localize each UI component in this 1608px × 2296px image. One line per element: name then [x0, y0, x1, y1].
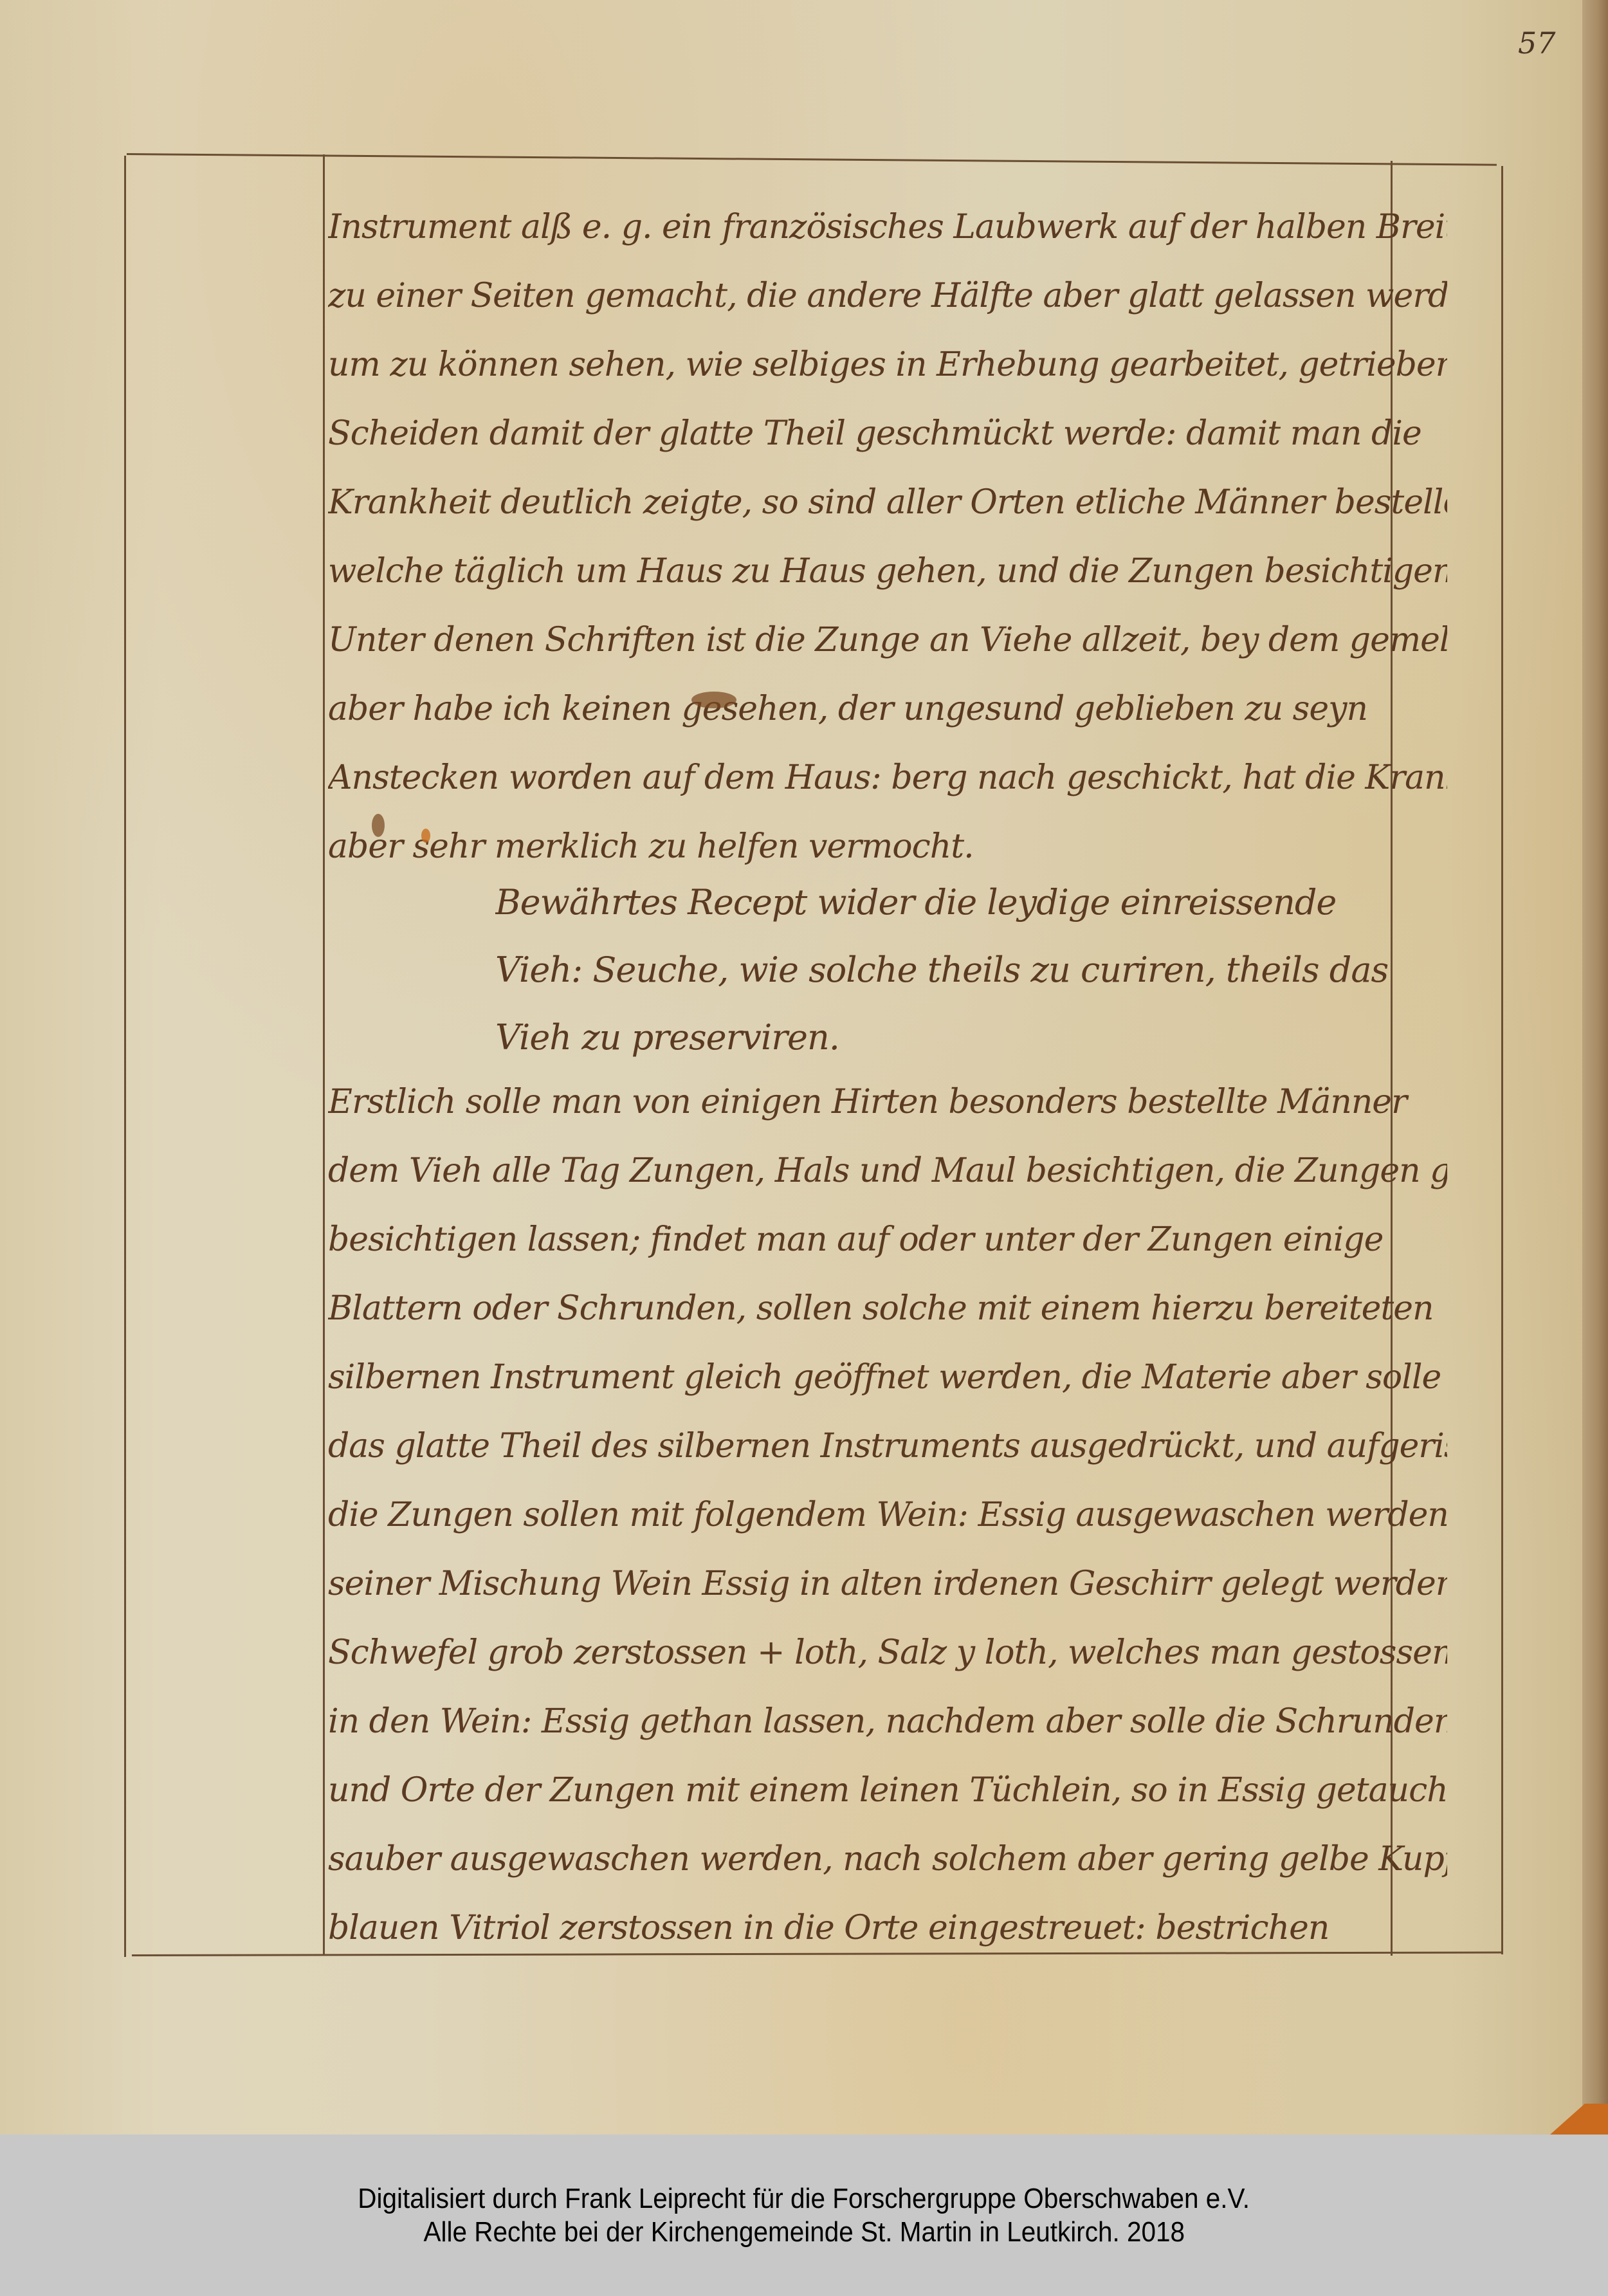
digitization-caption: Digitalisiert durch Frank Leiprecht für …: [0, 2135, 1608, 2296]
text-line: Krankheit deutlich zeigte, so sind aller…: [328, 468, 1447, 537]
frame-outer-left-rule: [124, 156, 126, 1957]
book-cover-corner: [1550, 2104, 1608, 2135]
text-line: dem Vieh alle Tag Zungen, Hals und Maul …: [328, 1137, 1447, 1206]
caption-line-2: Alle Rechte bei der Kirchengemeinde St. …: [423, 2216, 1185, 2249]
heading-line: Vieh zu preserviren.: [495, 1004, 1396, 1071]
text-line: welche täglich um Haus zu Haus gehen, un…: [328, 537, 1447, 606]
heading-line: Bewährtes Recept wider die leydige einre…: [495, 868, 1396, 936]
text-line: Anstecken worden auf dem Haus: berg nach…: [328, 744, 1447, 813]
text-line: um zu können sehen, wie selbiges in Erhe…: [328, 331, 1447, 400]
page-number: 57: [1518, 26, 1556, 60]
book-edge: [1582, 0, 1608, 2135]
text-line: Schwefel grob zerstossen + loth, Salz y …: [328, 1619, 1447, 1687]
text-line: Instrument alß e. g. ein französisches L…: [328, 193, 1447, 262]
paragraph-1: Instrument alß e. g. ein französisches L…: [328, 193, 1447, 881]
text-line: und Orte der Zungen mit einem leinen Tüc…: [328, 1756, 1447, 1825]
manuscript-page: 57 Instrument alß e. g. ein französische…: [0, 0, 1608, 2135]
text-line: besichtigen lassen; findet man auf oder …: [328, 1206, 1447, 1274]
text-line: Blattern oder Schrunden, sollen solche m…: [328, 1274, 1447, 1343]
frame-inner-left-rule: [323, 154, 325, 1956]
text-line: das glatte Theil des silbernen Instrumen…: [328, 1412, 1447, 1481]
text-line: in den Wein: Essig gethan lassen, nachde…: [328, 1687, 1447, 1756]
frame-top-rule: [127, 153, 1497, 166]
paragraph-2: Erstlich solle man von einigen Hirten be…: [328, 1068, 1447, 1963]
text-line: zu einer Seiten gemacht, die andere Hälf…: [328, 262, 1447, 331]
text-line: Unter denen Schriften ist die Zunge an V…: [328, 606, 1447, 675]
text-line: silbernen Instrument gleich geöffnet wer…: [328, 1343, 1447, 1412]
text-line: sauber ausgewaschen werden, nach solchem…: [328, 1825, 1447, 1894]
frame-outer-right-rule: [1501, 166, 1503, 1954]
text-line: aber habe ich keinen gesehen, der ungesu…: [328, 675, 1447, 744]
text-line: Erstlich solle man von einigen Hirten be…: [328, 1068, 1447, 1137]
text-line: seiner Mischung Wein Essig in alten irde…: [328, 1550, 1447, 1619]
text-line: die Zungen sollen mit folgendem Wein: Es…: [328, 1481, 1447, 1550]
text-line: Scheiden damit der glatte Theil geschmüc…: [328, 400, 1447, 468]
text-line: blauen Vitriol zerstossen in die Orte ei…: [328, 1894, 1447, 1963]
ink-blot: [421, 829, 430, 843]
ink-blot: [372, 814, 385, 837]
recipe-heading: Bewährtes Recept wider die leydige einre…: [495, 868, 1396, 1071]
ink-blot: [691, 692, 736, 708]
caption-line-1: Digitalisiert durch Frank Leiprecht für …: [358, 2182, 1250, 2216]
heading-line: Vieh: Seuche, wie solche theils zu curir…: [495, 936, 1396, 1004]
